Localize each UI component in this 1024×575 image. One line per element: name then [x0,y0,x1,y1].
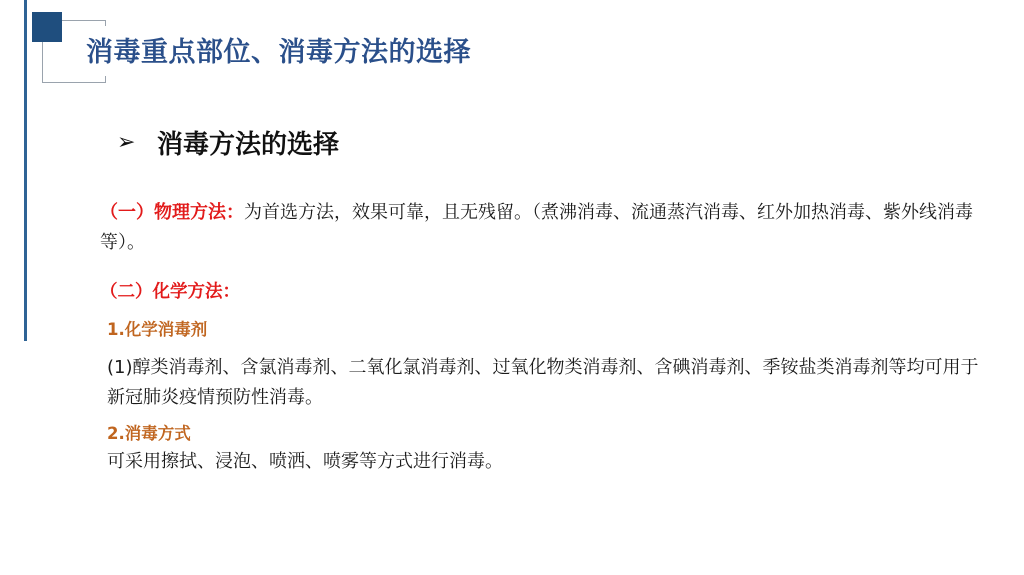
physical-method-label: （一）物理方法： [100,202,244,223]
disinfection-method-text: 可采用擦拭、浸泡、喷洒、喷雾等方式进行消毒。 [100,447,980,477]
bracket-line-left [42,42,43,83]
chemical-disinfectant-text: (1)醇类消毒剂、含氯消毒剂、二氧化氯消毒剂、过氧化物类消毒剂、含碘消毒剂、季铵… [100,353,980,413]
title-accent-square [32,12,62,42]
bracket-line-bottom [42,82,106,83]
section-heading: ➢ 消毒方法的选择 [117,124,339,161]
chemical-disinfectant-heading: 1.化学消毒剂 [100,317,980,343]
chemical-method-label: （二）化学方法： [100,278,980,306]
content-body: （一）物理方法：为首选方法，效果可靠，且无残留。（煮沸消毒、流通蒸汽消毒、红外加… [100,198,980,477]
bracket-line-top [62,20,106,21]
physical-method-paragraph: （一）物理方法：为首选方法，效果可靠，且无残留。（煮沸消毒、流通蒸汽消毒、红外加… [100,198,980,258]
bracket-tick-top [105,20,106,26]
arrow-bullet-icon: ➢ [117,130,157,155]
bracket-tick-bottom [105,76,106,82]
section-heading-text: 消毒方法的选择 [157,124,339,161]
left-accent-line [24,0,27,341]
disinfection-method-heading: 2.消毒方式 [100,421,980,447]
page-title: 消毒重点部位、消毒方法的选择 [86,30,471,69]
